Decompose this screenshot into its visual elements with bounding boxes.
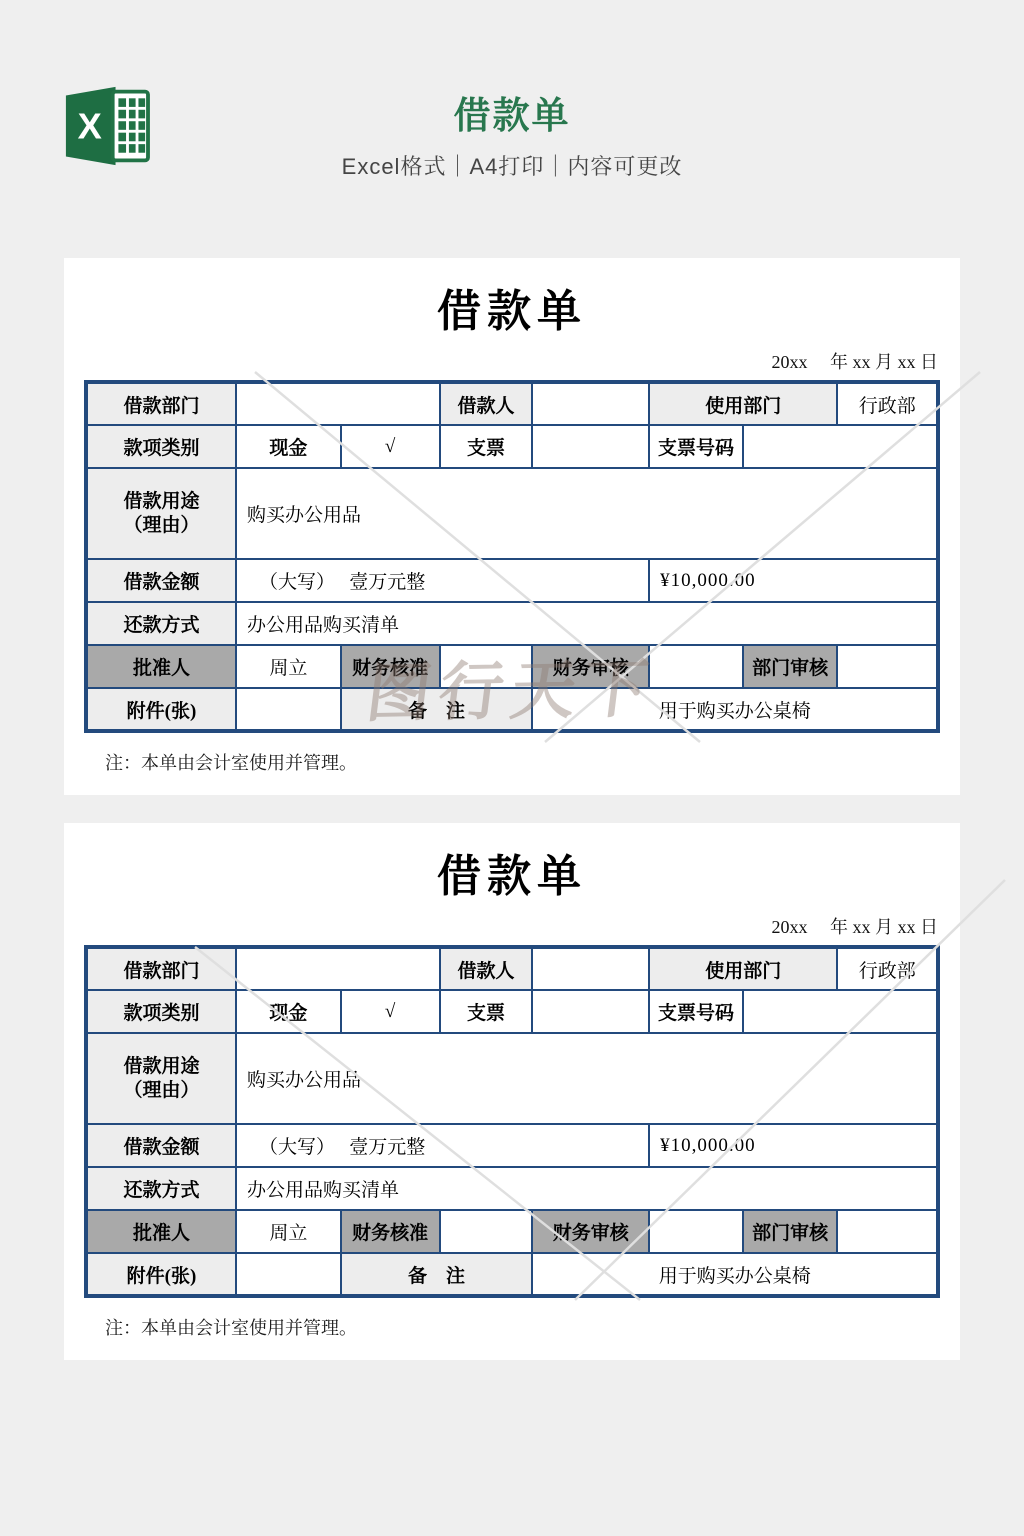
form-note: 注：本单由会计室使用并管理。	[105, 749, 940, 775]
purpose-value-cell[interactable]: 购买办公用品	[236, 468, 938, 559]
borrow-dept-label: 借款部门	[86, 382, 236, 425]
remark-value-cell[interactable]: 用于购买办公桌椅	[532, 1253, 938, 1296]
finance-audit-value-cell[interactable]	[649, 1210, 743, 1253]
row-amount: 借款金额 （大写） 壹万元整 ¥10,000.00	[86, 1124, 938, 1167]
cheque-label: 支票	[440, 990, 533, 1033]
cheque-no-label: 支票号码	[649, 425, 743, 468]
amount-words-cell[interactable]: （大写） 壹万元整	[236, 559, 649, 602]
borrower-value-cell[interactable]	[532, 947, 649, 990]
amount-label: 借款金额	[86, 1124, 236, 1167]
approver-value-cell[interactable]: 周立	[236, 1210, 341, 1253]
form-note: 注：本单由会计室使用并管理。	[105, 1314, 940, 1340]
page-subtitle: Excel格式｜A4打印｜内容可更改	[0, 150, 1024, 181]
amount-words-cell[interactable]: （大写） 壹万元整	[236, 1124, 649, 1167]
form-date: 20xx 年 xx 月 xx 日	[84, 913, 938, 939]
dept-audit-label: 部门审核	[743, 1210, 838, 1253]
row-approvals: 批准人 周立 财务核准 财务审核 部门审核	[86, 645, 938, 688]
loan-form-table: 借款部门 借款人 使用部门 行政部 款项类别 现金 √ 支票 支票号码 借款用途…	[84, 945, 940, 1298]
finance-audit-value-cell[interactable]	[649, 645, 743, 688]
cheque-check-cell[interactable]	[532, 425, 649, 468]
page-header: X 借款单 Excel格式｜A4打印｜内容可更改	[0, 0, 1024, 258]
cheque-no-value-cell[interactable]	[743, 425, 938, 468]
excel-icon: X	[60, 84, 152, 168]
row-repayment: 还款方式 办公用品购买清单	[86, 602, 938, 645]
cash-label: 现金	[236, 990, 341, 1033]
loan-form-table: 借款部门 借款人 使用部门 行政部 款项类别 现金 √ 支票 支票号码 借款用途…	[84, 380, 940, 733]
attachment-label: 附件(张)	[86, 688, 236, 731]
borrow-dept-value-cell[interactable]	[236, 947, 440, 990]
cheque-check-cell[interactable]	[532, 990, 649, 1033]
use-dept-label: 使用部门	[649, 947, 837, 990]
cheque-no-label: 支票号码	[649, 990, 743, 1033]
dept-audit-label: 部门审核	[743, 645, 838, 688]
repayment-value-cell[interactable]: 办公用品购买清单	[236, 602, 938, 645]
attachment-value-cell[interactable]	[236, 1253, 341, 1296]
approver-value-cell[interactable]: 周立	[236, 645, 341, 688]
form-date: 20xx 年 xx 月 xx 日	[84, 348, 938, 374]
amount-label: 借款金额	[86, 559, 236, 602]
remark-label: 备 注	[341, 1253, 533, 1296]
row-attachment-remark: 附件(张) 备 注 用于购买办公桌椅	[86, 1253, 938, 1296]
finance-approve-value-cell[interactable]	[440, 1210, 533, 1253]
use-dept-label: 使用部门	[649, 382, 837, 425]
repayment-label: 还款方式	[86, 602, 236, 645]
row-payment-type: 款项类别 现金 √ 支票 支票号码	[86, 990, 938, 1033]
amount-figures-cell[interactable]: ¥10,000.00	[649, 559, 938, 602]
amount-figures-cell[interactable]: ¥10,000.00	[649, 1124, 938, 1167]
finance-approve-label: 财务核准	[341, 1210, 440, 1253]
row-payment-type: 款项类别 现金 √ 支票 支票号码	[86, 425, 938, 468]
page: { "header": { "app_title": "借款单", "subti…	[0, 0, 1024, 1536]
loan-form-card: 借款单 20xx 年 xx 月 xx 日 借款部门 借款人 使用部门 行政部 款…	[64, 258, 960, 795]
purpose-label: 借款用途 （理由）	[86, 468, 236, 559]
form-title: 借款单	[84, 849, 940, 905]
dept-audit-value-cell[interactable]	[837, 1210, 938, 1253]
use-dept-value-cell[interactable]: 行政部	[837, 382, 938, 425]
row-departments: 借款部门 借款人 使用部门 行政部	[86, 947, 938, 990]
cash-label: 现金	[236, 425, 341, 468]
svg-text:X: X	[78, 105, 102, 146]
row-attachment-remark: 附件(张) 备 注 用于购买办公桌椅	[86, 688, 938, 731]
remark-value-cell[interactable]: 用于购买办公桌椅	[532, 688, 938, 731]
attachment-value-cell[interactable]	[236, 688, 341, 731]
purpose-value-cell[interactable]: 购买办公用品	[236, 1033, 938, 1124]
payment-type-label: 款项类别	[86, 990, 236, 1033]
row-departments: 借款部门 借款人 使用部门 行政部	[86, 382, 938, 425]
row-purpose: 借款用途 （理由） 购买办公用品	[86, 1033, 938, 1124]
attachment-label: 附件(张)	[86, 1253, 236, 1296]
purpose-label: 借款用途 （理由）	[86, 1033, 236, 1124]
dept-audit-value-cell[interactable]	[837, 645, 938, 688]
page-title: 借款单	[0, 0, 1024, 138]
finance-audit-label: 财务审核	[532, 645, 649, 688]
cash-check-cell[interactable]: √	[341, 990, 440, 1033]
cash-check-cell[interactable]: √	[341, 425, 440, 468]
payment-type-label: 款项类别	[86, 425, 236, 468]
cheque-no-value-cell[interactable]	[743, 990, 938, 1033]
borrower-label: 借款人	[440, 382, 533, 425]
borrow-dept-label: 借款部门	[86, 947, 236, 990]
approver-label: 批准人	[86, 1210, 236, 1253]
finance-approve-value-cell[interactable]	[440, 645, 533, 688]
borrower-label: 借款人	[440, 947, 533, 990]
form-title: 借款单	[84, 284, 940, 340]
finance-approve-label: 财务核准	[341, 645, 440, 688]
row-amount: 借款金额 （大写） 壹万元整 ¥10,000.00	[86, 559, 938, 602]
repayment-label: 还款方式	[86, 1167, 236, 1210]
row-repayment: 还款方式 办公用品购买清单	[86, 1167, 938, 1210]
approver-label: 批准人	[86, 645, 236, 688]
use-dept-value-cell[interactable]: 行政部	[837, 947, 938, 990]
loan-form-card: 借款单 20xx 年 xx 月 xx 日 借款部门 借款人 使用部门 行政部 款…	[64, 823, 960, 1360]
finance-audit-label: 财务审核	[532, 1210, 649, 1253]
remark-label: 备 注	[341, 688, 533, 731]
borrow-dept-value-cell[interactable]	[236, 382, 440, 425]
repayment-value-cell[interactable]: 办公用品购买清单	[236, 1167, 938, 1210]
borrower-value-cell[interactable]	[532, 382, 649, 425]
row-purpose: 借款用途 （理由） 购买办公用品	[86, 468, 938, 559]
cheque-label: 支票	[440, 425, 533, 468]
row-approvals: 批准人 周立 财务核准 财务审核 部门审核	[86, 1210, 938, 1253]
